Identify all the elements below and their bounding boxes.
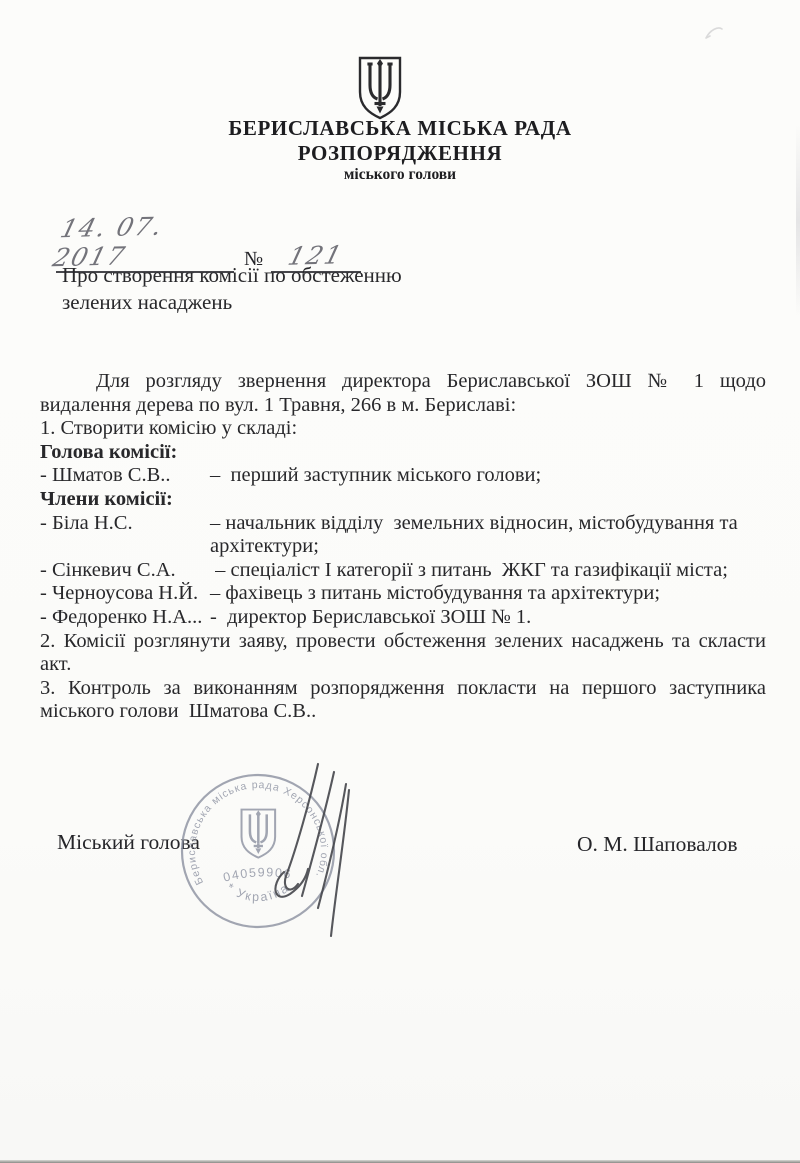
member-name: - Черноусова Н.Й. [40,582,210,606]
item2-line-2: акт. [40,653,766,677]
member-name: - Федоренко Н.А... [40,606,210,630]
document-body: Для розгляду звернення директора Берисла… [40,370,766,724]
subject-block: Про створення комісії по обстеженню зеле… [62,262,402,315]
member-role: – фахівець з питань містобудування та ар… [210,582,766,606]
chair-name: - Шматов С.В.. [40,464,210,488]
chair-row: - Шматов С.В.. – перший заступник місько… [40,464,766,488]
order-item-3: 3. Контроль за виконанням розпорядження … [40,677,766,724]
trident-coat-of-arms-icon [357,56,403,120]
order-item-2: 2. Комісії розглянути заяву, провести об… [40,630,766,677]
subject-line-2: зелених насаджень [62,289,402,316]
intro-line-1: Для розгляду звернення директора Берисла… [40,370,766,394]
subject-line-1: Про створення комісії по обстеженню [62,262,402,289]
member-row: - Сінкевич С.А. – спеціаліст І категорії… [40,559,766,583]
commission-members-label: Члени комісії: [40,488,766,512]
scan-edge-artifact [796,125,800,315]
member-role: – начальник відділу земельних відносин, … [210,512,766,559]
member-row: - Біла Н.С. – начальник відділу земельни… [40,512,766,559]
member-role: - директор Бериславської ЗОШ № 1. [210,606,766,630]
member-role: – спеціаліст І категорії з питань ЖКГ та… [210,559,766,583]
pencil-mark [700,20,726,46]
intro-paragraph: Для розгляду звернення директора Берисла… [40,370,766,417]
signer-name: О. М. Шаповалов [577,832,738,857]
document-subtype: міського голови [0,166,800,184]
intro-line-2: видалення дерева по вул. 1 Травня, 266 в… [40,394,766,418]
commission-chair-label: Голова комісії: [40,441,766,465]
member-row: - Федоренко Н.А... - директор Бериславсь… [40,606,766,630]
member-name: - Сінкевич С.А. [40,559,210,583]
order-item-1: 1. Створити комісію у складі: [40,417,766,441]
chair-role: – перший заступник міського голови; [210,464,766,488]
item2-line-1: 2. Комісії розглянути заяву, провести об… [40,630,766,654]
ink-signature-strokes [256,758,371,943]
document-type-title: РОЗПОРЯДЖЕННЯ [0,141,800,166]
scanned-document-page: БЕРИСЛАВСЬКА МІСЬКА РАДА РОЗПОРЯДЖЕННЯ м… [0,0,800,1163]
item3-line-2: міського голови Шматова С.В.. [40,700,766,724]
organization-name: БЕРИСЛАВСЬКА МІСЬКА РАДА [0,116,800,141]
member-name: - Біла Н.С. [40,512,210,559]
item3-line-1: 3. Контроль за виконанням розпорядження … [40,677,766,701]
member-row: - Черноусова Н.Й. – фахівець з питань мі… [40,582,766,606]
